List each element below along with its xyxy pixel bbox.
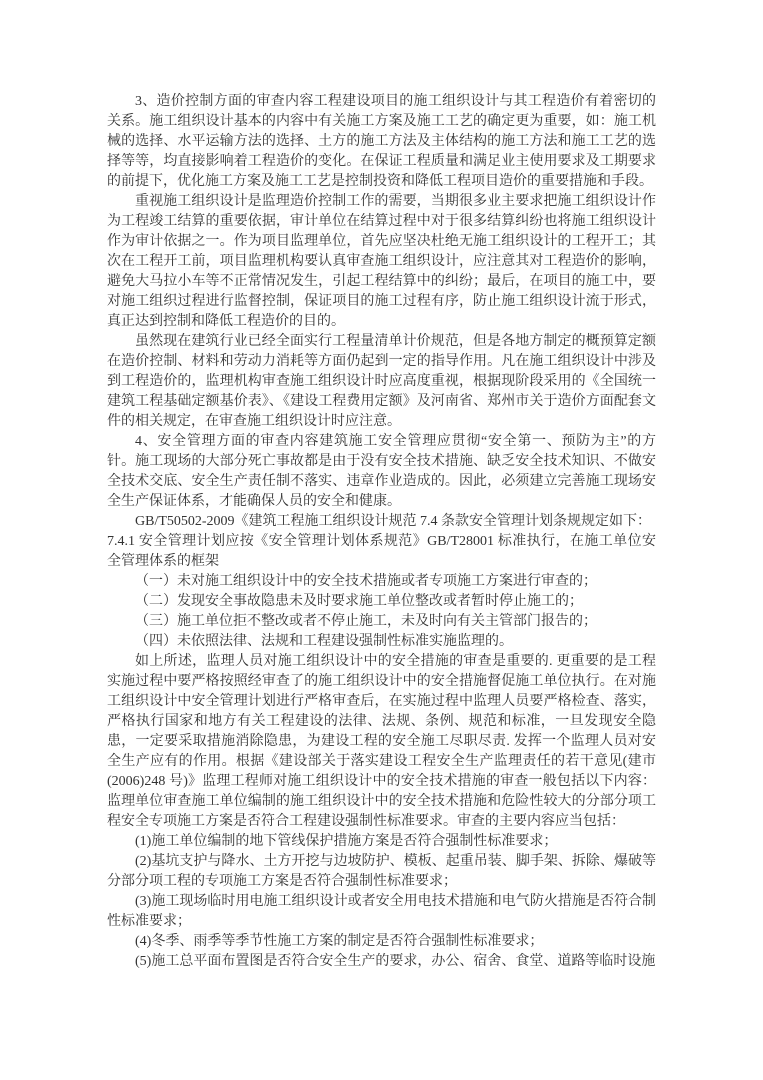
para-clause-741: 7.4.1 安全管理计划应按《安全管理计划体系规范》GB/T28001 标准执行…: [107, 532, 656, 572]
document-page: 3、造价控制方面的审查内容工程建设项目的施工组织设计与其工程造价有着密切的关系。…: [0, 0, 763, 1080]
para-safety-management-review: 4、安全管理方面的审查内容建筑施工安全管理应贯彻“安全第一、预防为主”的方针。施…: [107, 432, 656, 512]
list-item-num-2: (2)基坑支护与降水、土方开挖与边坡防护、模板、起重吊装、脚手架、拆除、爆破等分…: [107, 852, 656, 892]
para-supervision-of-safety-measures: 如上所述，监理人员对施工组织设计中的安全措施的审查是重要的. 更重要的是工程实施…: [107, 652, 656, 832]
list-item-cn-1: （一）未对施工组织设计中的安全技术措施或者专项施工方案进行审查的；: [107, 572, 656, 592]
list-item-cn-3: （三）施工单位拒不整改或者不停止施工，未及时向有关主管部门报告的；: [107, 612, 656, 632]
document-text-block: 3、造价控制方面的审查内容工程建设项目的施工组织设计与其工程造价有着密切的关系。…: [107, 92, 656, 972]
list-item-cn-4: （四）未依照法律、法规和工程建设强制性标准实施监理的。: [107, 632, 656, 652]
list-item-num-4: (4)冬季、雨季等季节性施工方案的制定是否符合强制性标准要求；: [107, 932, 656, 952]
list-item-num-3: (3)施工现场临时用电施工组织设计或者安全用电技术措施和电气防火措施是否符合制性…: [107, 892, 656, 932]
list-item-num-1: (1)施工单位编制的地下管线保护措施方案是否符合强制性标准要求；: [107, 832, 656, 852]
para-importance-of-construction-org-design: 重视施工组织设计是监理造价控制工作的需要，当期很多业主要求把施工组织设计作为工程…: [107, 192, 656, 332]
list-item-cn-2: （二）发现安全事故隐患未及时要求施工单位整改或者暂时停止施工的；: [107, 592, 656, 612]
para-gb-standard-reference: GB/T50502-2009《建筑工程施工组织设计规范 7.4 条款安全管理计划…: [107, 512, 656, 532]
para-cost-control-review: 3、造价控制方面的审查内容工程建设项目的施工组织设计与其工程造价有着密切的关系。…: [107, 92, 656, 192]
para-quota-pricing-standards: 虽然现在建筑行业已经全面实行工程量清单计价规范，但是各地方制定的概预算定额在造价…: [107, 332, 656, 432]
list-item-num-5: (5)施工总平面布置图是否符合安全生产的要求，办公、宿舍、食堂、道路等临时设施: [107, 952, 656, 972]
